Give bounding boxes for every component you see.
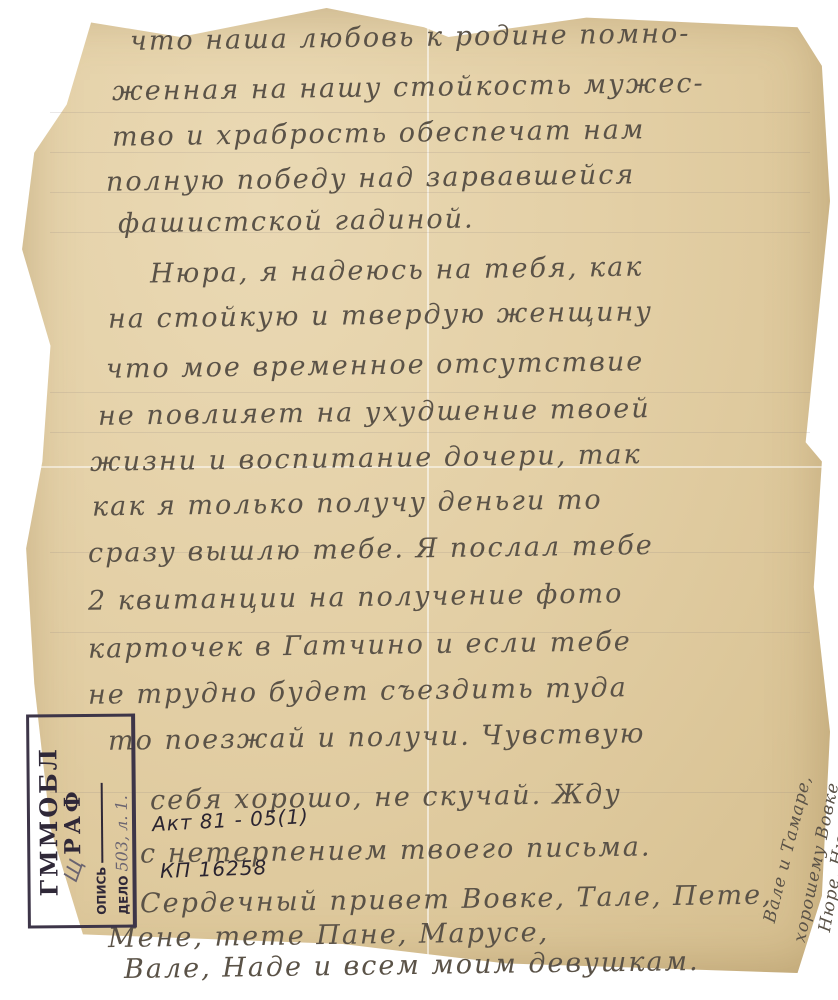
ruled-line [50, 152, 810, 153]
stamp-delo-label: ДЕЛО [116, 876, 130, 915]
letter-line: Вале, Наде и всем моим девушкам. [124, 946, 700, 985]
ruled-line [50, 432, 810, 433]
stamp-subtitle: РАФ [59, 717, 87, 925]
ruled-line [50, 392, 810, 393]
stamp-opis-label: ОПИСЬ [94, 867, 108, 915]
ruled-line [50, 112, 810, 113]
stamp-field-delo: ДЕЛО503, л. 1. [112, 795, 132, 915]
stamp-delo-value: 503, л. 1. [112, 795, 132, 872]
archive-stamp: ГММОБЛ РАФ ОПИСЬ ДЕЛО503, л. 1. [26, 714, 137, 929]
letter-line: фашистской гадиной. [118, 204, 475, 240]
stamp-opis-blank [100, 783, 103, 863]
stamp-field-opis: ОПИСЬ [94, 783, 109, 915]
archive-kp-number: КП 16258 [160, 855, 268, 883]
